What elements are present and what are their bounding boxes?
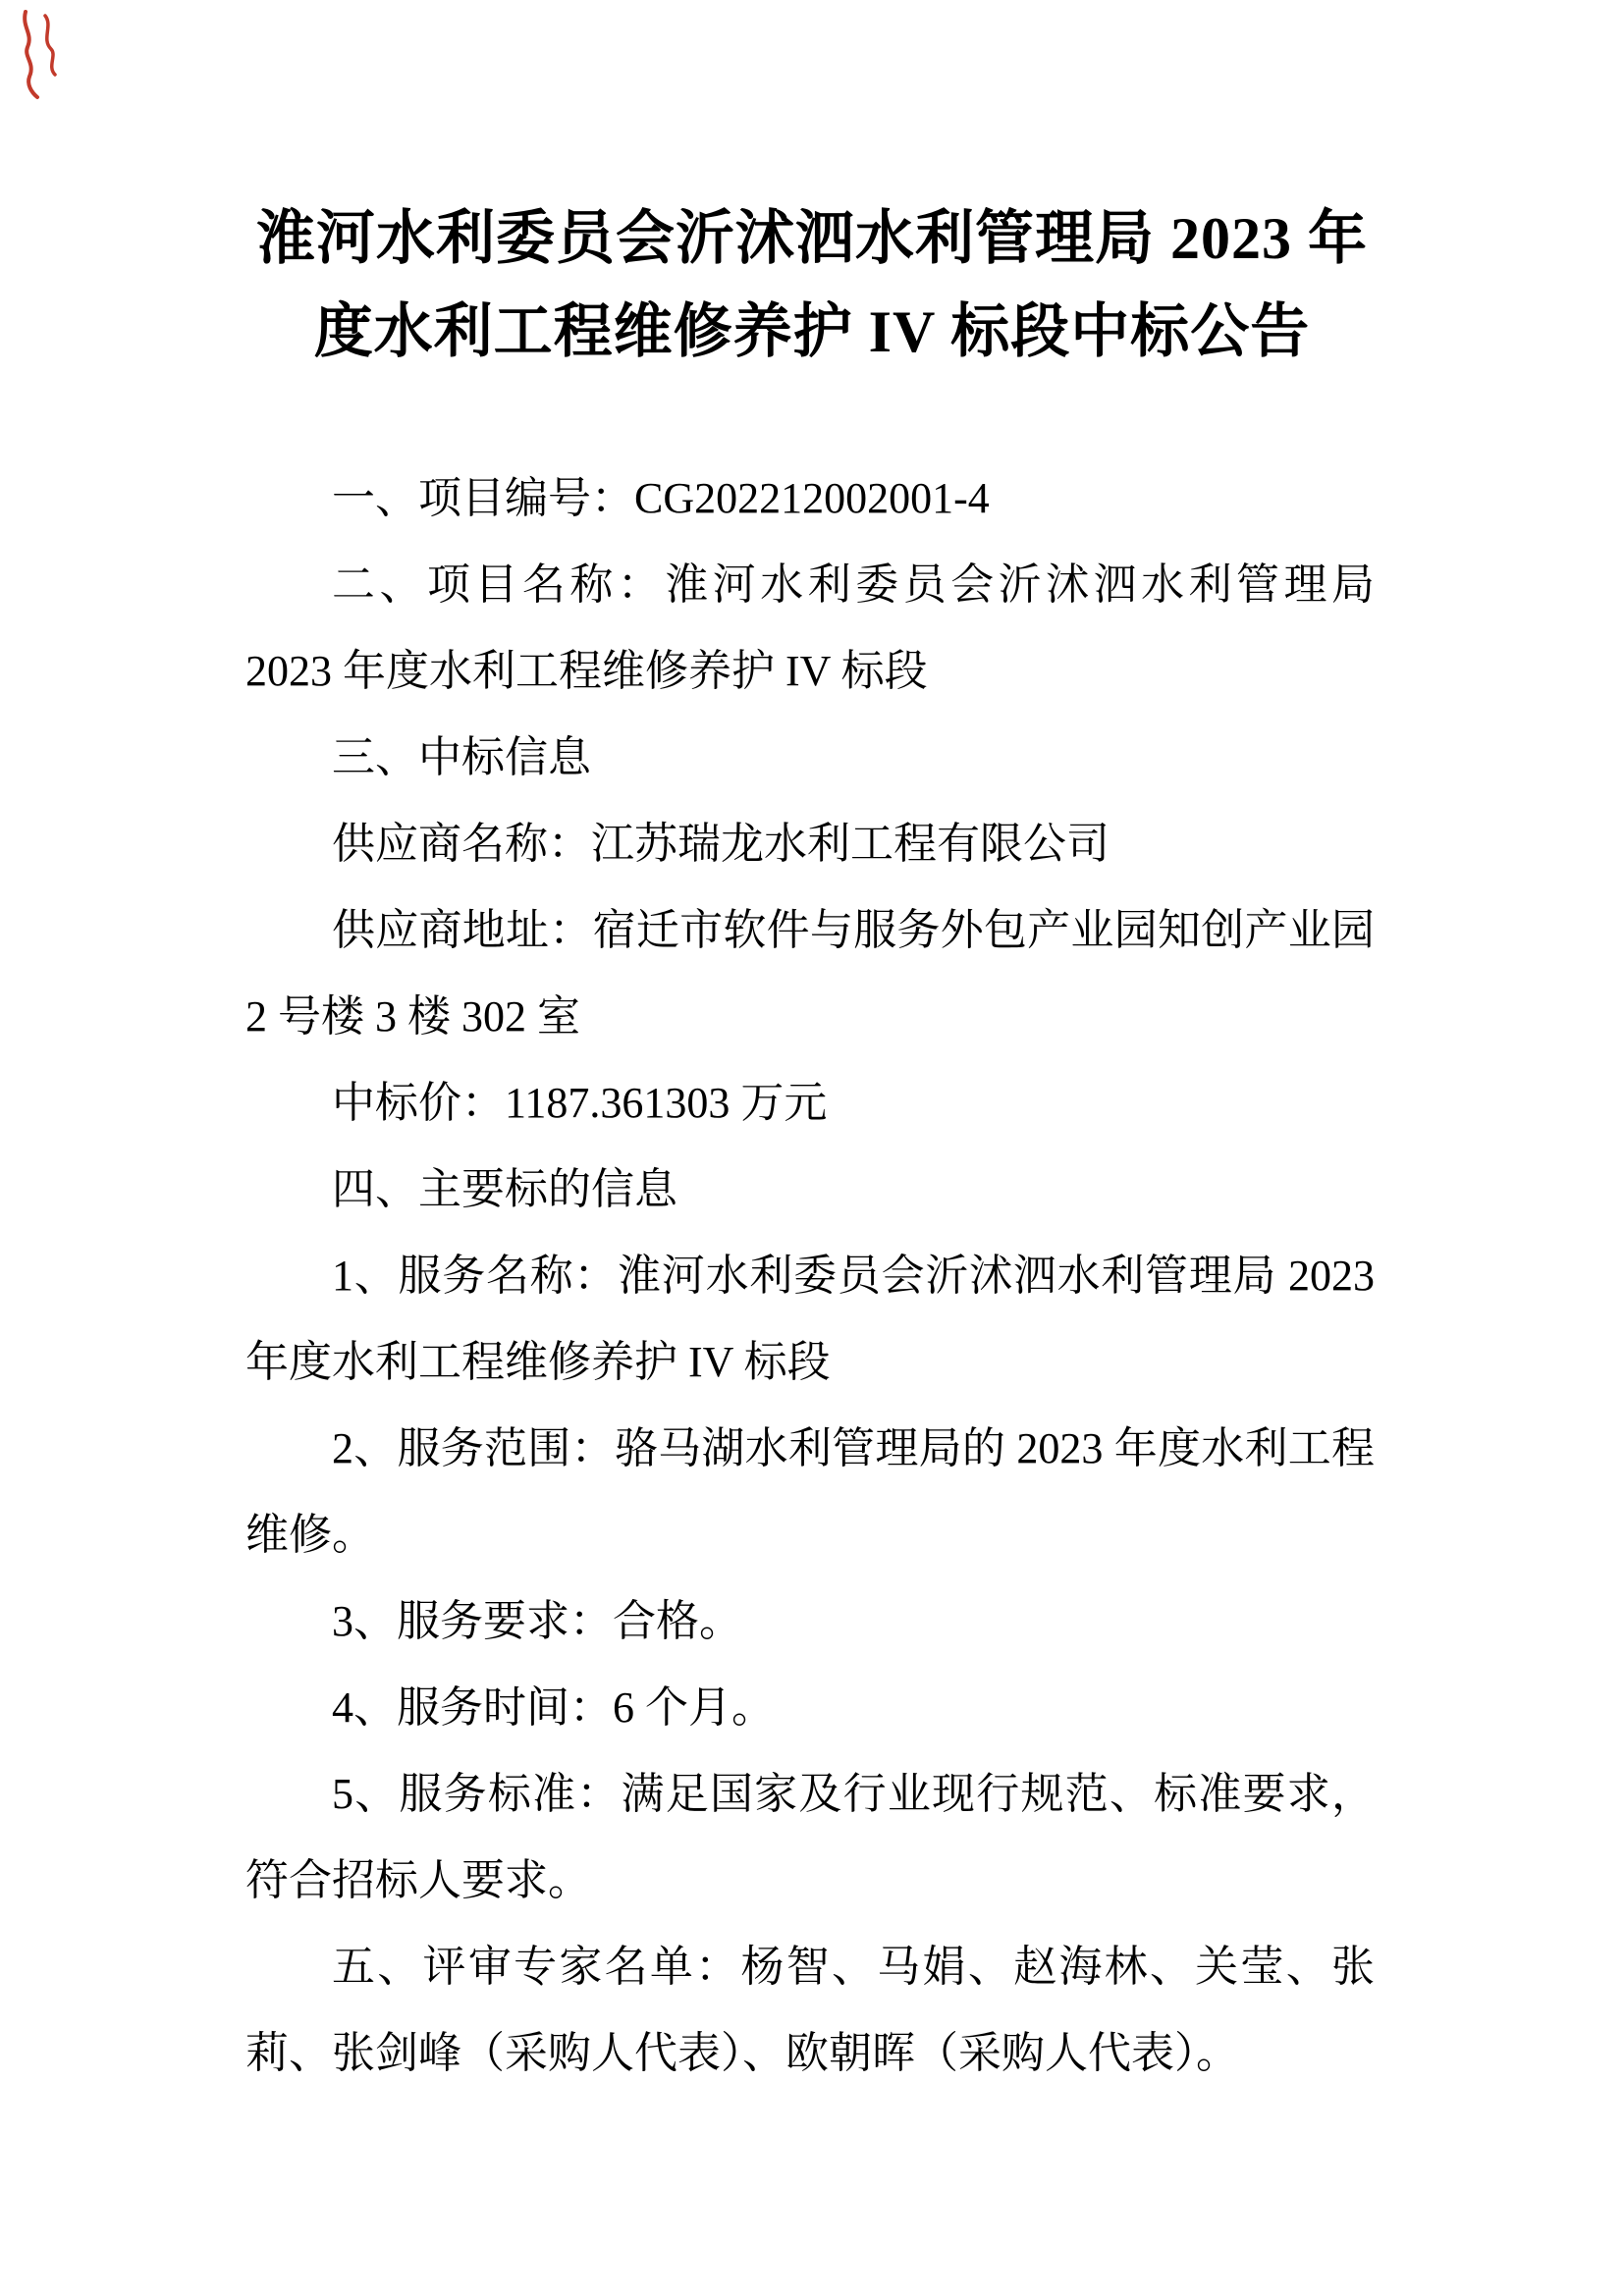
paragraph-service-name: 1、服务名称：淮河水利委员会沂沭泗水利管理局 2023 年度水利工程维修养护 I… — [245, 1233, 1375, 1406]
paragraph-service-scope: 2、服务范围：骆马湖水利管理局的 2023 年度水利工程维修。 — [245, 1406, 1375, 1578]
paragraph-project-name: 二、项目名称：淮河水利委员会沂沭泗水利管理局 2023 年度水利工程维修养护 I… — [245, 542, 1375, 715]
paragraph-award-price: 中标价：1187.361303 万元 — [245, 1060, 1375, 1147]
paragraph-service-requirement: 3、服务要求：合格。 — [245, 1578, 1375, 1665]
paragraph-expert-list: 五、评审专家名单：杨智、马娟、赵海林、关莹、张莉、张剑峰（采购人代表）、欧朝晖（… — [245, 1924, 1375, 2097]
paragraph-service-duration: 4、服务时间：6 个月。 — [245, 1665, 1375, 1751]
title-line-2: 度水利工程维修养护 IV 标段中标公告 — [206, 286, 1418, 379]
document-page: 淮河水利委员会沂沭泗水利管理局 2023 年 度水利工程维修养护 IV 标段中标… — [0, 0, 1624, 2296]
paragraph-supplier-name: 供应商名称：江苏瑞龙水利工程有限公司 — [245, 801, 1375, 887]
document-body: 一、项目编号：CG202212002001-4 二、项目名称：淮河水利委员会沂沭… — [0, 455, 1624, 2097]
section-heading-subject-info: 四、主要标的信息 — [245, 1147, 1375, 1233]
paragraph-service-standard: 5、服务标准：满足国家及行业现行规范、标准要求，符合招标人要求。 — [245, 1751, 1375, 1924]
section-heading-award-info: 三、中标信息 — [245, 715, 1375, 801]
paragraph-supplier-address: 供应商地址：宿迁市软件与服务外包产业园知创产业园 2 号楼 3 楼 302 室 — [245, 887, 1375, 1060]
paragraph-project-number: 一、项目编号：CG202212002001-4 — [245, 455, 1375, 542]
document-title: 淮河水利委员会沂沭泗水利管理局 2023 年 度水利工程维修养护 IV 标段中标… — [206, 192, 1418, 379]
title-line-1: 淮河水利委员会沂沭泗水利管理局 2023 年 — [206, 192, 1418, 286]
red-pen-scribble-icon — [8, 6, 69, 102]
